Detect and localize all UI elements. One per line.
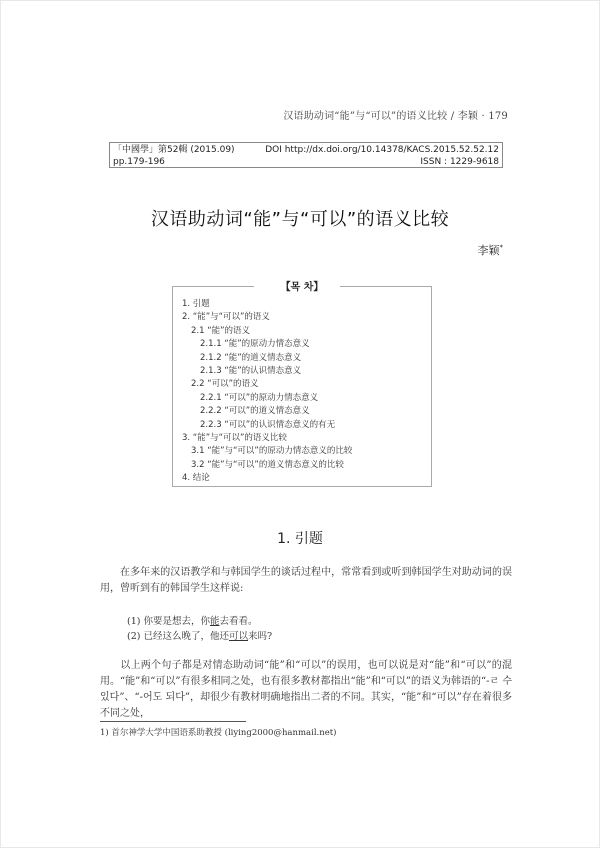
toc-list: 1. 引题 2. “能”与“可以”的语义 2.1 “能”的语义 2.1.1 “能… xyxy=(182,298,352,485)
toc-item: 2.1.3 “能”的认识情态意义 xyxy=(182,365,352,378)
toc-heading: 【목 차】 xyxy=(173,278,431,293)
toc-item: 2. “能”与“可以”的语义 xyxy=(182,311,352,324)
example-text: 已经这么晚了，他还 xyxy=(144,631,230,642)
example-text: 来吗? xyxy=(248,631,272,642)
running-head: 汉语助动词“能”与“可以”的语义比较 / 李颖 · 179 xyxy=(283,107,508,122)
publication-info-box: 「中國學」第52輯 (2015.09) pp.179-196 DOI http:… xyxy=(109,142,503,168)
toc-item: 2.2.1 “可以”的原动力情态意义 xyxy=(182,392,352,405)
example-underlined: 可以 xyxy=(229,631,248,642)
paragraph-text: 在多年来的汉语教学和与韩国学生的谈话过程中，常常看到或听到韩国学生对助动词的误用… xyxy=(100,567,512,594)
example-1: (1) 你要是想去，你能去看看。 xyxy=(127,614,272,629)
running-head-title: 汉语助动词“能”与“可以”的语义比较 xyxy=(283,111,447,122)
example-sentences: (1) 你要是想去，你能去看看。 (2) 已经这么晚了，他还可以来吗? xyxy=(127,614,272,644)
table-of-contents: 【목 차】 1. 引题 2. “能”与“可以”的语义 2.1 “能”的语义 2.… xyxy=(172,286,432,487)
footnote: 1) 首尔神学大学中国语系助教授 (liying2000@hanmail.net… xyxy=(100,726,336,738)
example-underlined: 能 xyxy=(210,616,220,627)
toc-item: 2.1 “能”的语义 xyxy=(182,325,352,338)
body-paragraph-1: 在多年来的汉语教学和与韩国学生的谈话过程中，常常看到或听到韩国学生对助动词的误用… xyxy=(100,565,512,597)
example-number: (2) xyxy=(127,631,140,642)
paragraph-text: 以上两个句子都是对情态助动词“能”和“可以”的误用，也可以说是对“能”和“可以”… xyxy=(100,660,512,719)
example-2: (2) 已经这么晚了，他还可以来吗? xyxy=(127,629,272,644)
toc-item: 3. “能”与“可以”的语义比较 xyxy=(182,432,352,445)
toc-item: 2.1.1 “能”的原动力情态意义 xyxy=(182,338,352,351)
toc-item: 2.2 “可以”的语义 xyxy=(182,378,352,391)
author-name: 李颖 xyxy=(478,244,500,257)
running-head-author: 李颖 xyxy=(458,111,478,122)
toc-item: 1. 引题 xyxy=(182,298,352,311)
toc-item: 3.2 “能”与“可以”的道义情态意义的比较 xyxy=(182,459,352,472)
toc-item: 2.2.3 “可以”的认识情态意义的有无 xyxy=(182,419,352,432)
example-text: 去看看。 xyxy=(220,616,258,627)
section-heading: 1. 引题 xyxy=(0,528,600,548)
toc-item: 3.1 “能”与“可以”的原动力情态意义的比较 xyxy=(182,445,352,458)
example-number: (1) xyxy=(127,616,140,627)
journal-issue: 「中國學」第52輯 (2015.09) xyxy=(113,144,235,156)
author-footnote-mark: * xyxy=(500,243,504,251)
example-text: 你要是想去，你 xyxy=(144,616,211,627)
paper-title: 汉语助动词“能”与“可以”的语义比较 xyxy=(0,205,600,231)
body-paragraph-2: 以上两个句子都是对情态助动词“能”和“可以”的误用，也可以说是对“能”和“可以”… xyxy=(100,658,512,722)
toc-item: 2.1.2 “能”的道义情态意义 xyxy=(182,352,352,365)
issn: ISSN : 1229-9618 xyxy=(265,156,499,168)
footnote-divider xyxy=(100,721,246,722)
page-range: pp.179-196 xyxy=(113,156,235,168)
toc-item: 2.2.2 “可以”的道义情态意义 xyxy=(182,405,352,418)
doi-link[interactable]: DOI http://dx.doi.org/10.14378/KACS.2015… xyxy=(265,144,499,156)
toc-item: 4. 结论 xyxy=(182,472,352,485)
page-number: 179 xyxy=(488,111,508,122)
author: 李颖* xyxy=(478,242,504,258)
